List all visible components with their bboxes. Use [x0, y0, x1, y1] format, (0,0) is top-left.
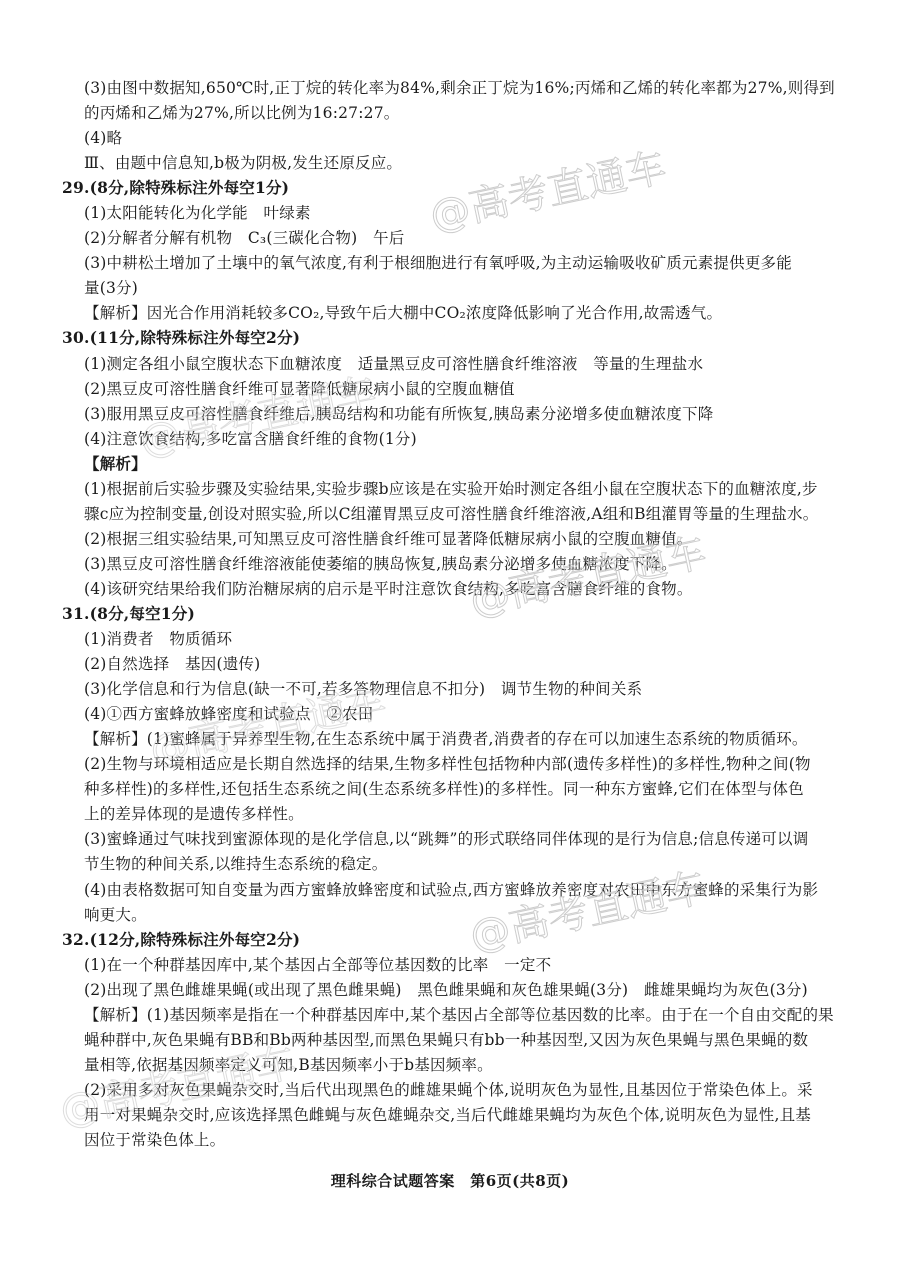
text-line: 种多样性)的多样性,还包括生态系统之间(生态系统多样性)的多样性。同一种东方蜜蜂…: [84, 779, 824, 799]
text-line: (1)在一个种群基因库中,某个基因占全部等位基因数的比率 一定不: [84, 955, 824, 975]
question-heading: 31.(8分,每空1分): [62, 604, 802, 624]
text-line: 节生物的种间关系,以维持生态系统的稳定。: [84, 854, 824, 874]
question-heading: 30.(11分,除特殊标注外每空2分): [62, 328, 802, 348]
text-line: (2)分解者分解有机物 C₃(三碳化合物) 午后: [84, 228, 824, 248]
text-line: (4)由表格数据可知自变量为西方蜜蜂放蜂密度和试验点,西方蜜蜂放养密度对农田中东…: [84, 880, 824, 900]
text-line: (4)该研究结果给我们防治糖尿病的启示是平时注意饮食结构,多吃富含膳食纤维的食物…: [84, 579, 824, 599]
text-line: (3)蜜蜂通过气味找到蜜源体现的是化学信息,以“跳舞”的形式联络同伴体现的是行为…: [84, 829, 824, 849]
text-line: (2)出现了黑色雌雄果蝇(或出现了黑色雌果蝇) 黑色雌果蝇和灰色雄果蝇(3分) …: [84, 980, 824, 1000]
text-line: (2)自然选择 基因(遗传): [84, 654, 824, 674]
text-line: (1)消费者 物质循环: [84, 629, 824, 649]
page-footer: 理科综合试题答案 第6页(共8页): [0, 1170, 900, 1191]
text-line: Ⅲ、由题中信息知,b极为阴极,发生还原反应。: [84, 153, 824, 173]
text-line: (3)由图中数据知,650℃时,正丁烷的转化率为84%,剩余正丁烷为16%;丙烯…: [84, 78, 824, 98]
text-line: (2)采用多对灰色果蝇杂交时,当后代出现黑色的雌雄果蝇个体,说明灰色为显性,且基…: [84, 1080, 824, 1100]
text-line: 量(3分): [84, 278, 824, 298]
text-line: (4)①西方蜜蜂放蜂密度和试验点 ②农田: [84, 704, 824, 724]
text-line: (4)略: [84, 128, 824, 148]
text-line: (4)注意饮食结构,多吃富含膳食纤维的食物(1分): [84, 429, 824, 449]
text-line: (3)中耕松土增加了土壤中的氧气浓度,有利于根细胞进行有氧呼吸,为主动运输吸收矿…: [84, 253, 824, 273]
text-line: 蝇种群中,灰色果蝇有BB和Bb两种基因型,而黑色果蝇只有bb一种基因型,又因为灰…: [84, 1030, 824, 1050]
text-line: 【解析】: [84, 454, 824, 474]
text-line: (3)服用黑豆皮可溶性膳食纤维后,胰岛结构和功能有所恢复,胰岛素分泌增多使血糖浓…: [84, 404, 824, 424]
question-heading: 29.(8分,除特殊标注外每空1分): [62, 178, 802, 198]
text-line: 【解析】因光合作用消耗较多CO₂,导致午后大棚中CO₂浓度降低影响了光合作用,故…: [84, 303, 824, 323]
text-line: (3)化学信息和行为信息(缺一不可,若多答物理信息不扣分) 调节生物的种间关系: [84, 679, 824, 699]
question-heading: 32.(12分,除特殊标注外每空2分): [62, 930, 802, 950]
text-line: (2)生物与环境相适应是长期自然选择的结果,生物多样性包括物种内部(遗传多样性)…: [84, 754, 824, 774]
text-line: 因位于常染色体上。: [84, 1130, 824, 1150]
text-line: (1)根据前后实验步骤及实验结果,实验步骤b应该是在实验开始时测定各组小鼠在空腹…: [84, 479, 824, 499]
answer-page: (3)由图中数据知,650℃时,正丁烷的转化率为84%,剩余正丁烷为16%;丙烯…: [0, 0, 900, 1262]
text-line: 【解析】(1)基因频率是指在一个种群基因库中,某个基因占全部等位基因数的比率。由…: [84, 1005, 824, 1025]
text-line: (1)太阳能转化为化学能 叶绿素: [84, 203, 824, 223]
text-line: (3)黑豆皮可溶性膳食纤维溶液能使萎缩的胰岛恢复,胰岛素分泌增多使血糖浓度下降。: [84, 554, 824, 574]
text-line: 响更大。: [84, 905, 824, 925]
text-line: 的丙烯和乙烯为27%,所以比例为16:27:27。: [84, 103, 824, 123]
text-line: 【解析】(1)蜜蜂属于异养型生物,在生态系统中属于消费者,消费者的存在可以加速生…: [84, 729, 824, 749]
text-line: 用一对果蝇杂交时,应该选择黑色雌蝇与灰色雄蝇杂交,当后代雌雄果蝇均为灰色个体,说…: [84, 1105, 824, 1125]
text-line: 上的差异体现的是遗传多样性。: [84, 804, 824, 824]
text-line: (2)黑豆皮可溶性膳食纤维可显著降低糖尿病小鼠的空腹血糖值: [84, 379, 824, 399]
text-line: 量相等,依据基因频率定义可知,B基因频率小于b基因频率。: [84, 1055, 824, 1075]
text-line: 骤c应为控制变量,创设对照实验,所以C组灌胃黑豆皮可溶性膳食纤维溶液,A组和B组…: [84, 504, 824, 524]
text-line: (1)测定各组小鼠空腹状态下血糖浓度 适量黑豆皮可溶性膳食纤维溶液 等量的生理盐…: [84, 354, 824, 374]
text-line: (2)根据三组实验结果,可知黑豆皮可溶性膳食纤维可显著降低糖尿病小鼠的空腹血糖值…: [84, 529, 824, 549]
